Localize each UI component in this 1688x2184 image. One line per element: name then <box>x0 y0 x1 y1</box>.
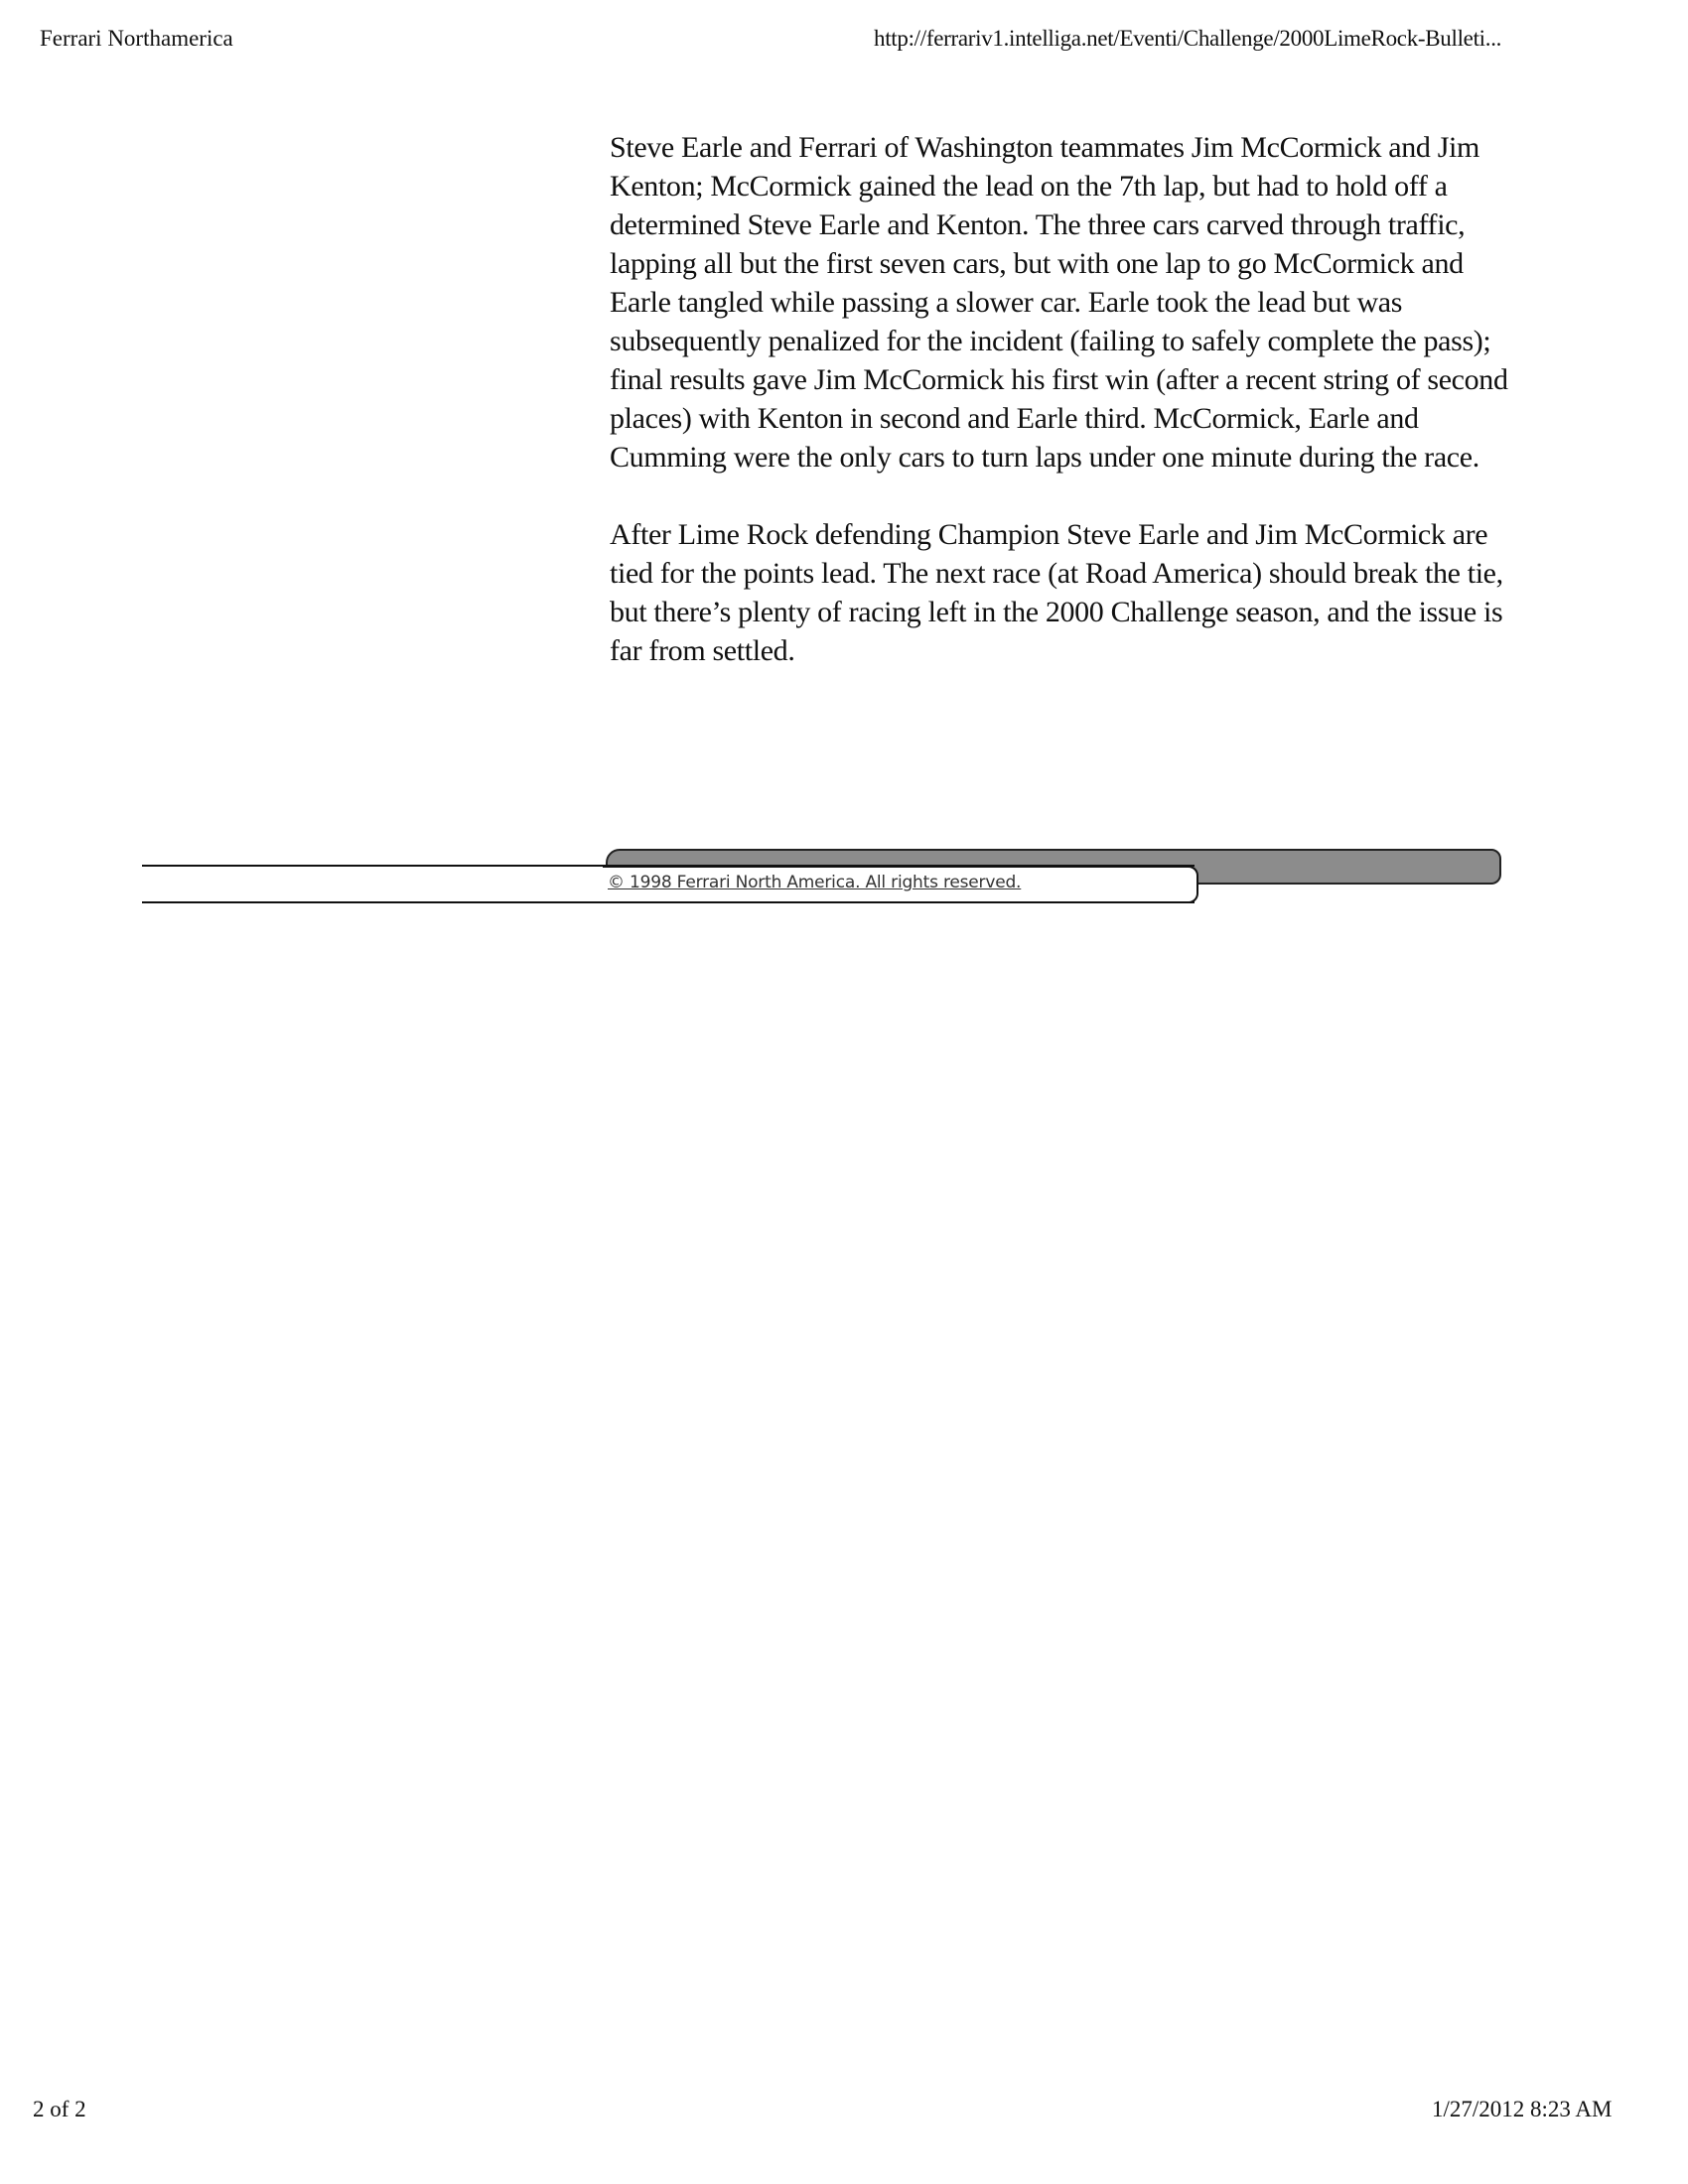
article-paragraph: Steve Earle and Ferrari of Washington te… <box>610 128 1513 477</box>
print-footer-page-number: 2 of 2 <box>33 2095 86 2124</box>
print-header-page-title: Ferrari Northamerica <box>40 24 233 54</box>
article-paragraph: After Lime Rock defending Champion Steve… <box>610 515 1513 670</box>
copyright-link[interactable]: © 1998 Ferrari North America. All rights… <box>608 872 1021 893</box>
print-footer-timestamp: 1/27/2012 8:23 AM <box>1432 2095 1612 2124</box>
article-body: Steve Earle and Ferrari of Washington te… <box>610 128 1513 709</box>
print-header-url: http://ferrariv1.intelliga.net/Eventi/Ch… <box>874 24 1501 54</box>
